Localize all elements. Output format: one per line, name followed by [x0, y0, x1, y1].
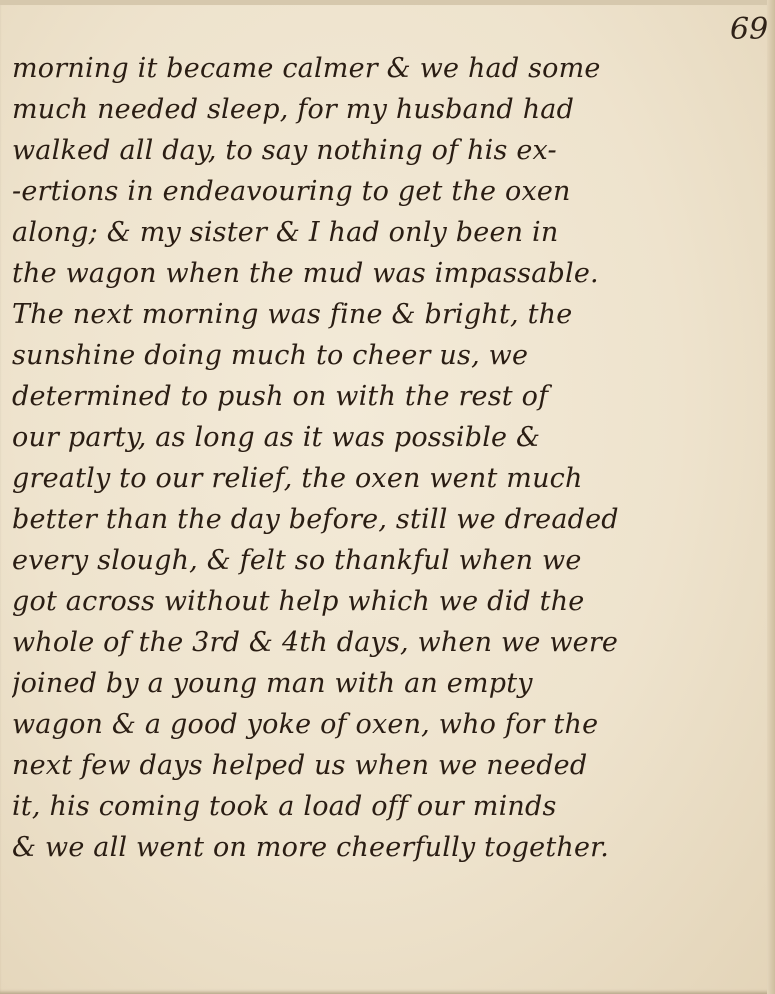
text-line: next few days helped us when we needed [12, 745, 767, 786]
text-line: along; & my sister & I had only been in [12, 212, 767, 253]
text-line: better than the day before, still we dre… [12, 499, 767, 540]
text-line: -ertions in endeavouring to get the oxen [12, 171, 767, 212]
handwritten-text-body: morning it became calmer & we had some m… [12, 48, 767, 868]
text-line: determined to push on with the rest of [12, 376, 767, 417]
text-line: The next morning was fine & bright, the [12, 294, 767, 335]
text-line: every slough, & felt so thankful when we [12, 540, 767, 581]
page-right-edge [767, 0, 775, 994]
text-line: walked all day, to say nothing of his ex… [12, 130, 767, 171]
text-line: & we all went on more cheerfully togethe… [12, 827, 767, 868]
text-line: got across without help which we did the [12, 581, 767, 622]
page-number: 69 [730, 12, 768, 47]
manuscript-page: 69 morning it became calmer & we had som… [0, 0, 775, 994]
text-line: joined by a young man with an empty [12, 663, 767, 704]
text-line: wagon & a good yoke of oxen, who for the [12, 704, 767, 745]
text-line: our party, as long as it was possible & [12, 417, 767, 458]
text-line: it, his coming took a load off our minds [12, 786, 767, 827]
page-top-edge [0, 0, 775, 5]
text-line: much needed sleep, for my husband had [12, 89, 767, 130]
text-line: the wagon when the mud was impassable. [12, 253, 767, 294]
text-line: morning it became calmer & we had some [12, 48, 767, 89]
text-line: greatly to our relief, the oxen went muc… [12, 458, 767, 499]
text-line: sunshine doing much to cheer us, we [12, 335, 767, 376]
text-line: whole of the 3rd & 4th days, when we wer… [12, 622, 767, 663]
